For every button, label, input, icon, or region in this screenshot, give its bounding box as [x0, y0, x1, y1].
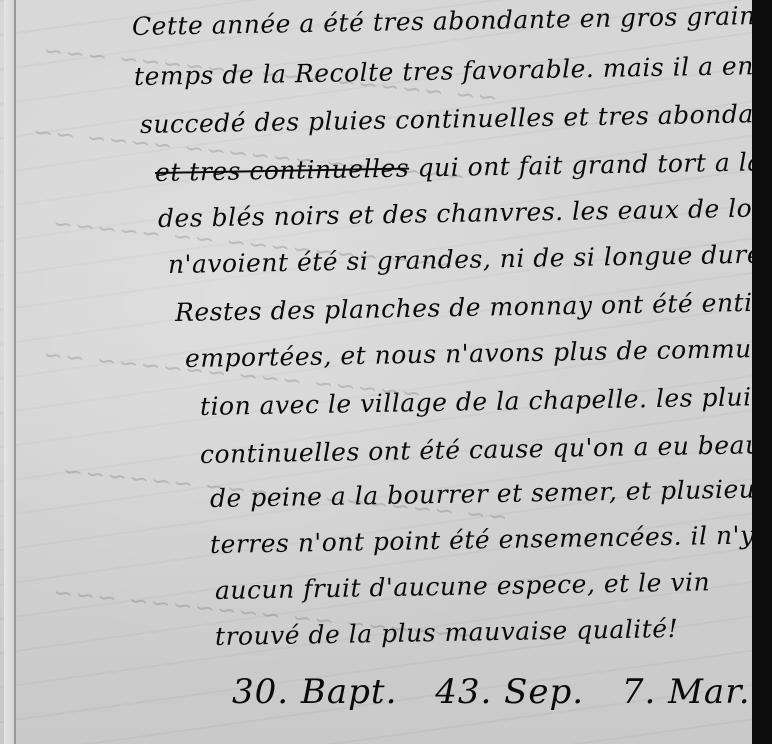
text-line-10: continuelles ont été cause qu'on a eu be…: [200, 429, 752, 469]
text-line-3: succedé des pluies continuelles et tres …: [140, 99, 752, 139]
text-line-4: et tres continuelles qui ont fait grand …: [155, 147, 752, 187]
text-line-2: temps de la Recolte tres favorable. mais…: [134, 50, 752, 91]
text-line-11: de peine a la bourrer et semer, et plusi…: [210, 474, 752, 513]
tally-burials: 43. Sep.: [435, 672, 584, 712]
text-line-6: n'avoient été si grandes, ni de si longu…: [168, 239, 752, 279]
text-line-12: terres n'ont point été ensemencées. il n…: [210, 520, 752, 559]
struck-out-text: et tres continuelles: [155, 154, 410, 187]
text-line-8: emportées, et nous n'avons plus de commu…: [185, 333, 752, 373]
annual-tally: 30. Bapt. 43. Sep. 7. Mar.: [232, 672, 752, 712]
manuscript-page: ~~ ~~~~~ ~~~ ~~~~~~ ~~~ ~~~~ ~~ ~~~~~~ ~…: [0, 0, 752, 744]
text-line-4-continued: qui ont fait grand tort a la: [417, 147, 752, 182]
scan-border: [752, 0, 772, 744]
text-line-13: aucun fruit d'aucune espece, et le vin: [215, 567, 711, 605]
text-line-1: Cette année a été tres abondante en gros…: [132, 1, 752, 41]
text-line-14: trouvé de la plus mauvaise qualité!: [215, 614, 679, 651]
text-line-7: Restes des planches de monnay ont été en…: [175, 286, 752, 327]
text-line-5: des blés noirs et des chanvres. les eaux…: [158, 193, 752, 233]
tally-baptisms: 30. Bapt.: [232, 672, 397, 712]
tally-marriages: 7. Mar.: [622, 672, 751, 712]
text-line-9: tion avec le village de la chapelle. les…: [200, 382, 752, 421]
